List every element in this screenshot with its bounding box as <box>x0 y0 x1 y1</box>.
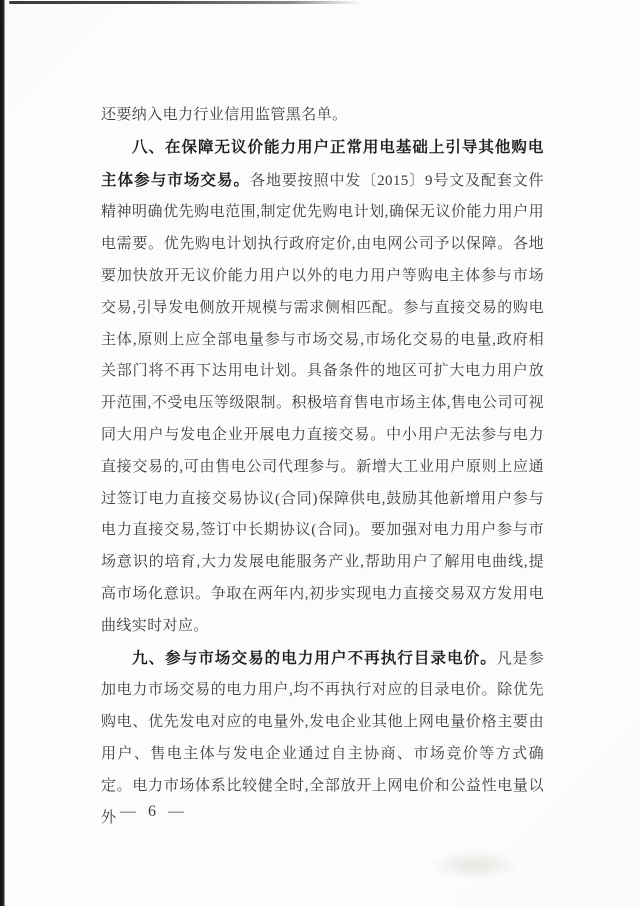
paragraph-text: 各地要按照中发〔2015〕9号文及配套文件精神明确优先购电范围,制定优先购电计划… <box>101 173 544 634</box>
paragraph-continuation: 还要纳入电力行业信用监管黑名单。 <box>101 100 544 132</box>
scan-border-top <box>9 1 361 4</box>
paragraph-section-8: 八、在保障无议价能力用户正常用电基础上引导其他购电主体参与市场交易。各地要按照中… <box>101 132 544 643</box>
scan-border-left <box>0 0 5 906</box>
paragraph-text: 凡是参加电力市场交易的电力用户,均不再执行对应的目录电价。除优先购电、优先发电对… <box>101 651 544 826</box>
scanned-document-page: 还要纳入电力行业信用监管黑名单。 八、在保障无议价能力用户正常用电基础上引导其他… <box>0 0 640 906</box>
section-9-heading: 九、参与市场交易的电力用户不再执行目录电价。 <box>132 650 497 667</box>
page-number: — 6 — <box>120 803 188 821</box>
scan-smudge <box>430 850 520 880</box>
paragraph-text: 还要纳入电力行业信用监管黑名单。 <box>101 107 347 123</box>
document-body: 还要纳入电力行业信用监管黑名单。 八、在保障无议价能力用户正常用电基础上引导其他… <box>101 100 544 834</box>
